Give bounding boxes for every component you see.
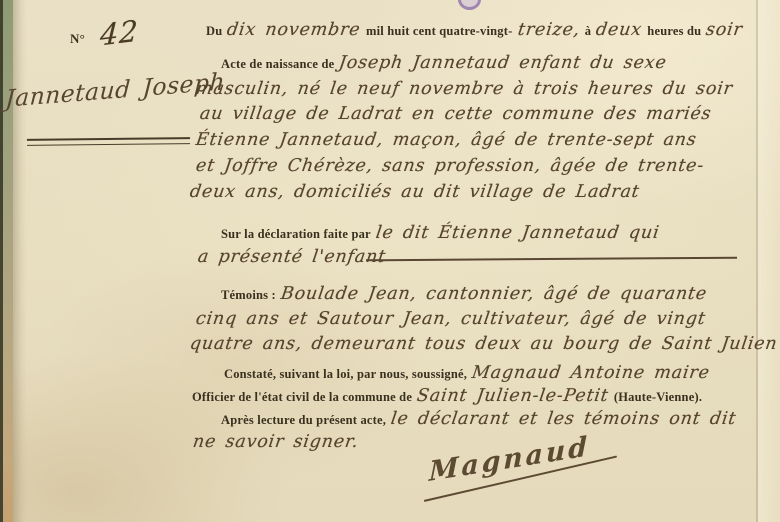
printed-text: Sur la déclaration faite par bbox=[221, 227, 371, 241]
signature: Magnaud bbox=[428, 444, 638, 516]
handwritten-text: masculin, né le neuf novembre à trois he… bbox=[195, 79, 735, 99]
handwritten-text: soir bbox=[705, 20, 744, 40]
margin-name: Jannetaud Joseph bbox=[4, 67, 225, 113]
handwritten-text: deux bbox=[595, 20, 644, 40]
record-line-date: Du dix novembre mil huit cent quatre-vin… bbox=[206, 20, 743, 40]
record-line-lecture: Après lecture du présent acte, le déclar… bbox=[221, 409, 736, 429]
handwritten-text: deux ans, domiciliés au dit village de L… bbox=[189, 182, 641, 202]
handwritten-text: a présenté l'enfant bbox=[197, 247, 388, 267]
record-line: masculin, né le neuf novembre à trois he… bbox=[196, 79, 733, 99]
record-line-acte: Acte de naissance de Joseph Jannetaud en… bbox=[221, 53, 667, 73]
stamp-icon bbox=[458, 0, 481, 10]
printed-text: mil huit cent quatre-vingt- bbox=[366, 24, 512, 38]
handwritten-text: Saint Julien-le-Petit bbox=[416, 386, 610, 406]
record-line-temoins: Témoins : Boulade Jean, cantonnier, âgé … bbox=[221, 284, 707, 304]
right-page-fold-line bbox=[756, 0, 758, 522]
printed-text: heures du bbox=[647, 24, 701, 38]
filler-rule bbox=[366, 257, 737, 262]
right-page-edge bbox=[758, 0, 780, 522]
record-line: et Joffre Chérèze, sans profession, âgée… bbox=[196, 156, 704, 176]
handwritten-text: quatre ans, demeurant tous deux au bourg… bbox=[189, 334, 779, 354]
handwritten-text: le déclarant et les témoins ont dit bbox=[390, 409, 738, 429]
record-line: deux ans, domiciliés au dit village de L… bbox=[190, 182, 640, 202]
printed-text: Officier de l'état civil de la commune d… bbox=[192, 390, 412, 404]
record-line: a présenté l'enfant bbox=[198, 247, 386, 267]
printed-text: Constaté, suivant la loi, par nous, sous… bbox=[224, 367, 467, 381]
handwritten-text: au village de Ladrat en cette commune de… bbox=[199, 104, 713, 124]
handwritten-text: cinq ans et Sautour Jean, cultivateur, â… bbox=[195, 309, 707, 329]
printed-text: (Haute-Vienne). bbox=[614, 390, 702, 404]
record-line: au village de Ladrat en cette commune de… bbox=[200, 104, 711, 124]
handwritten-text: ne savoir signer. bbox=[192, 432, 360, 452]
printed-text: Témoins : bbox=[221, 288, 276, 302]
record-line: Étienne Jannetaud, maçon, âgé de trente-… bbox=[196, 130, 697, 150]
record-line: quatre ans, demeurant tous deux au bourg… bbox=[190, 334, 777, 354]
printed-text: Du bbox=[206, 24, 222, 38]
margin-underline bbox=[27, 137, 190, 146]
record-line: cinq ans et Sautour Jean, cultivateur, â… bbox=[196, 309, 706, 329]
handwritten-text: et Joffre Chérèze, sans profession, âgée… bbox=[195, 156, 706, 176]
printed-text: Acte de naissance de bbox=[221, 57, 334, 71]
act-number: N° 42 bbox=[70, 16, 139, 50]
document-page: N° 42 Jannetaud Joseph Du dix novembre m… bbox=[0, 0, 780, 522]
handwritten-text: treize, bbox=[516, 20, 581, 40]
handwritten-text: Étienne Jannetaud, maçon, âgé de trente-… bbox=[195, 130, 698, 150]
printed-text: à bbox=[585, 24, 591, 38]
handwritten-text: Boulade Jean, cantonnier, âgé de quarant… bbox=[280, 284, 709, 304]
printed-text: Après lecture du présent acte, bbox=[221, 413, 386, 427]
handwritten-text: Magnaud Antoine maire bbox=[471, 363, 712, 383]
act-number-value: 42 bbox=[99, 13, 139, 52]
record-line-officier: Officier de l'état civil de la commune d… bbox=[192, 386, 702, 406]
record-line-constate: Constaté, suivant la loi, par nous, sous… bbox=[224, 363, 710, 383]
act-number-label: N° bbox=[70, 31, 85, 46]
binding-shadow bbox=[13, 0, 27, 522]
handwritten-text: Joseph Jannetaud enfant du sexe bbox=[338, 53, 668, 73]
handwritten-text: dix novembre bbox=[226, 20, 362, 40]
record-line: ne savoir signer. bbox=[193, 432, 359, 452]
handwritten-text: le dit Étienne Jannetaud qui bbox=[375, 223, 661, 243]
record-line-declaration: Sur la déclaration faite par le dit Étie… bbox=[221, 223, 659, 243]
left-binding-edge bbox=[0, 0, 13, 522]
